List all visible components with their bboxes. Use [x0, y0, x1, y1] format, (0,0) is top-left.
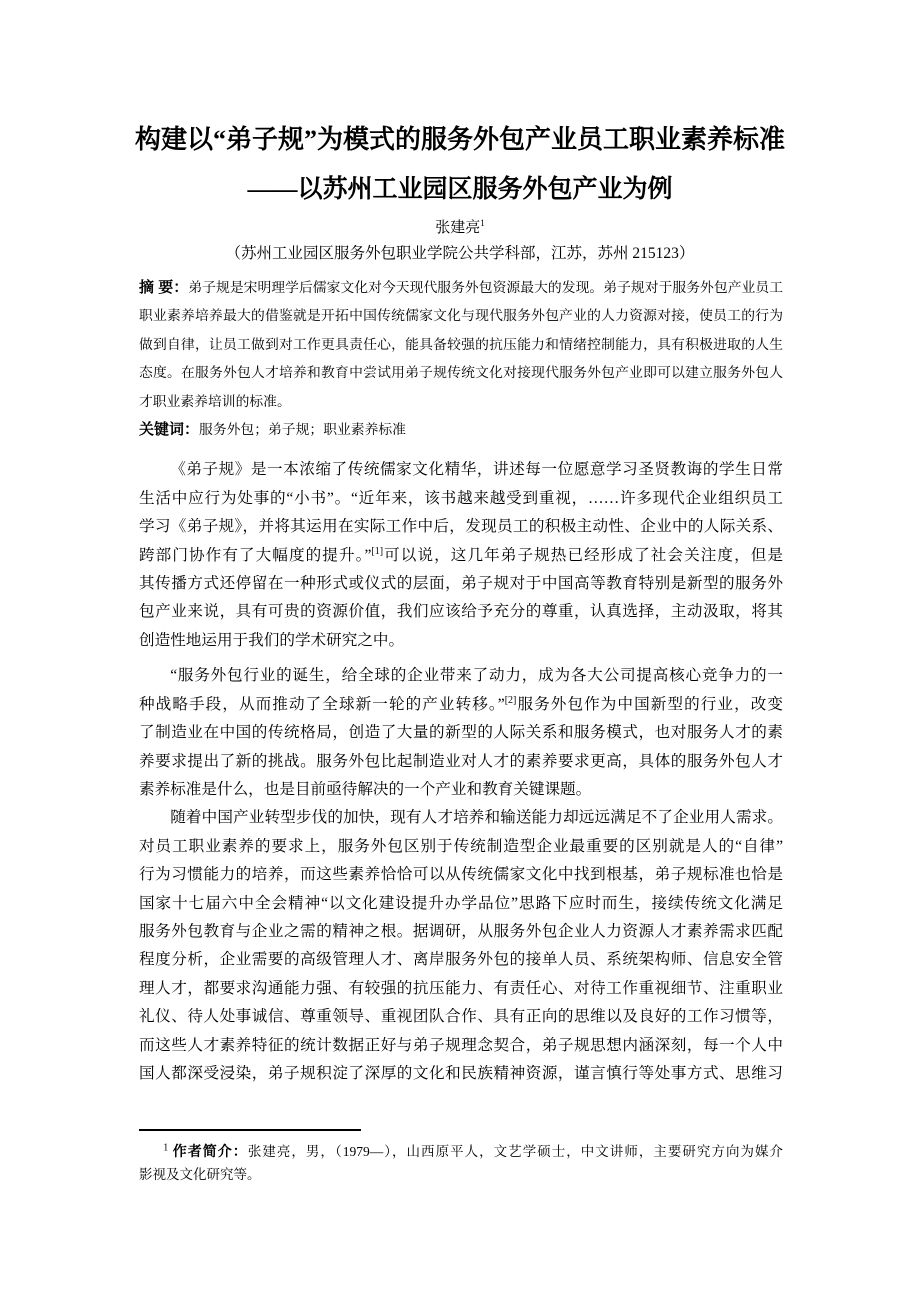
keywords-label: 关键词	[139, 421, 184, 438]
footnote-label: 作者简介	[173, 1143, 233, 1159]
abstract-section: 摘 要：弟子规是宋明理学后儒家文化对今天现代服务外包资源最大的发现。弟子规对于服…	[139, 274, 783, 416]
body-line: 素养标准是什么，也是目前亟待解决的一个产业和教育关键课题。	[139, 776, 783, 804]
abstract-label: 摘 要	[139, 279, 173, 296]
body-line: 国家十七届六中全会精神“以文化建设提升办学品位”思路下应时而生，接续传统文化满足	[139, 890, 783, 918]
citation-ref-1: [1]	[371, 545, 383, 556]
body-line: 随着中国产业转型步伐的加快，现有人才培养和输送能力却远远满足不了企业用人需求。	[139, 804, 783, 832]
abstract-line: 态度。在服务外包人才培养和教育中尝试用弟子规传统文化对接现代服务外包产业即可以建…	[139, 359, 783, 387]
body-line: 程度分析，企业需要的高级管理人才、离岸服务外包的接单人员、系统架构师、信息安全管	[139, 946, 783, 974]
body-line: 养要求提出了新的挑战。服务外包比起制造业对人才的素养要求更高，具体的服务外包人才	[139, 748, 783, 776]
paragraph-3: 随着中国产业转型步伐的加快，现有人才培养和输送能力却远远满足不了企业用人需求。 …	[139, 804, 783, 1088]
body-line: 种战略手段，从而推动了全球新一轮的产业转移。”[2]服务外包作为中国新型的行业，…	[139, 691, 783, 719]
body-line: 国人都深受浸染，弟子规积淀了深厚的文化和民族精神资源，谨言慎行等处事方式、思维习	[139, 1060, 783, 1088]
abstract-line: 摘 要：弟子规是宋明理学后儒家文化对今天现代服务外包资源最大的发现。弟子规对于服…	[139, 274, 783, 302]
keywords-label-colon: ：	[184, 421, 199, 438]
paper-title: 构建以“弟子规”为模式的服务外包产业员工职业素养标准	[0, 112, 920, 168]
author-line: 张建亮1	[0, 216, 920, 231]
footnote-separator	[139, 1129, 361, 1131]
body-line: 理人才，都要求沟通能力强、有较强的抗压能力、有责任心、对待工作重视细节、注重职业	[139, 975, 783, 1003]
body-line: 包产业来说，具有可贵的资源价值，我们应该给予充分的尊重，认真选择，主动汲取，将其	[139, 598, 783, 626]
abstract-text: 弟子规是宋明理学后儒家文化对今天现代服务外包资源最大的发现。弟子规对于服务外包产…	[188, 280, 783, 295]
paper-header: 构建以“弟子规”为模式的服务外包产业员工职业素养标准 ——以苏州工业园区服务外包…	[0, 112, 920, 274]
keywords-text: 服务外包；弟子规；职业素养标准	[199, 422, 406, 437]
affiliation: （苏州工业园区服务外包职业学院公共学科部，江苏，苏州 215123）	[0, 234, 920, 274]
paper-body: 摘 要：弟子规是宋明理学后儒家文化对今天现代服务外包资源最大的发现。弟子规对于服…	[139, 270, 783, 1186]
body-line: 服务外包教育与企业之需的精神之根。据调研，从服务外包企业人力资源人才素养需求匹配	[139, 918, 783, 946]
document-page: 构建以“弟子规”为模式的服务外包产业员工职业素养标准 ——以苏州工业园区服务外包…	[0, 0, 920, 1302]
paper-subtitle: ——以苏州工业园区服务外包产业为例	[0, 168, 920, 212]
body-line: 创造性地运用于我们的学术研究之中。	[139, 627, 783, 655]
body-line: 《弟子规》是一本浓缩了传统儒家文化精华，讲述每一位愿意学习圣贤教诲的学生日常	[139, 456, 783, 484]
abstract-label-colon: ：	[173, 279, 188, 296]
footnote-label-colon: ：	[233, 1143, 248, 1159]
body-line: “服务外包行业的诞生，给全球的企业带来了动力，成为各大公司提高核心竞争力的一	[139, 662, 783, 690]
abstract-line: 做到自律，让员工做到对工作更具责任心，能具备较强的抗压能力和情绪控制能力，具有积…	[139, 331, 783, 359]
author-footnote-ref: 1	[480, 218, 485, 228]
body-line: 生活中应行为处事的“小书”。“近年来，该书越来越受到重视，……许多现代企业组织员…	[139, 485, 783, 513]
body-line: 对员工职业素养的要求上，服务外包区别于传统制造型企业最重要的区别就是人的“自律”	[139, 833, 783, 861]
abstract-line: 才职业素养培训的标准。	[139, 388, 783, 416]
keywords-line: 关键词：服务外包；弟子规；职业素养标准	[139, 416, 783, 444]
paragraph-1: 《弟子规》是一本浓缩了传统儒家文化精华，讲述每一位愿意学习圣贤教诲的学生日常 生…	[139, 456, 783, 655]
footnote-line: 影视及文化研究等。	[139, 1163, 783, 1186]
citation-ref-2: [2]	[505, 695, 517, 706]
paragraph-2: “服务外包行业的诞生，给全球的企业带来了动力，成为各大公司提高核心竞争力的一 种…	[139, 662, 783, 804]
body-line: 了制造业在中国的传统格局，创造了大量的新型的人际关系和服务模式，也对服务人才的素	[139, 719, 783, 747]
footnote-ref: 1	[163, 1143, 168, 1154]
body-line: 跨部门协作有了大幅度的提升。”[1]可以说，这几年弟子规热已经形成了社会关注度，…	[139, 542, 783, 570]
body-line: 礼仪、待人处事诚信、尊重领导、重视团队合作、具有正向的思维以及良好的工作习惯等，	[139, 1003, 783, 1031]
body-line: 而这些人才素养特征的统计数据正好与弟子规理念契合，弟子规思想内涵深刻，每一个人中	[139, 1032, 783, 1060]
footnote-text: 张建亮，男，（1979—），山西原平人，文艺学硕士，中文讲师，主要研究方向为媒介	[248, 1144, 783, 1159]
body-line: 学习《弟子规》，并将其运用在实际工作中后，发现员工的积极主动性、企业中的人际关系…	[139, 513, 783, 541]
body-line: 行为习惯能力的培养，而这些素养恰恰可以从传统儒家文化中找到根基，弟子规标准也恰是	[139, 861, 783, 889]
abstract-line: 职业素养培养最大的借鉴就是开拓中国传统儒家文化与现代服务外包产业的人力资源对接，…	[139, 302, 783, 330]
footnote-section: 1 作者简介：张建亮，男，（1979—），山西原平人，文艺学硕士，中文讲师，主要…	[139, 1129, 783, 1186]
body-line: 其传播方式还停留在一种形式或仪式的层面，弟子规对于中国高等教育特别是新型的服务外	[139, 570, 783, 598]
footnote-line: 1 作者简介：张建亮，男，（1979—），山西原平人，文艺学硕士，中文讲师，主要…	[139, 1140, 783, 1163]
